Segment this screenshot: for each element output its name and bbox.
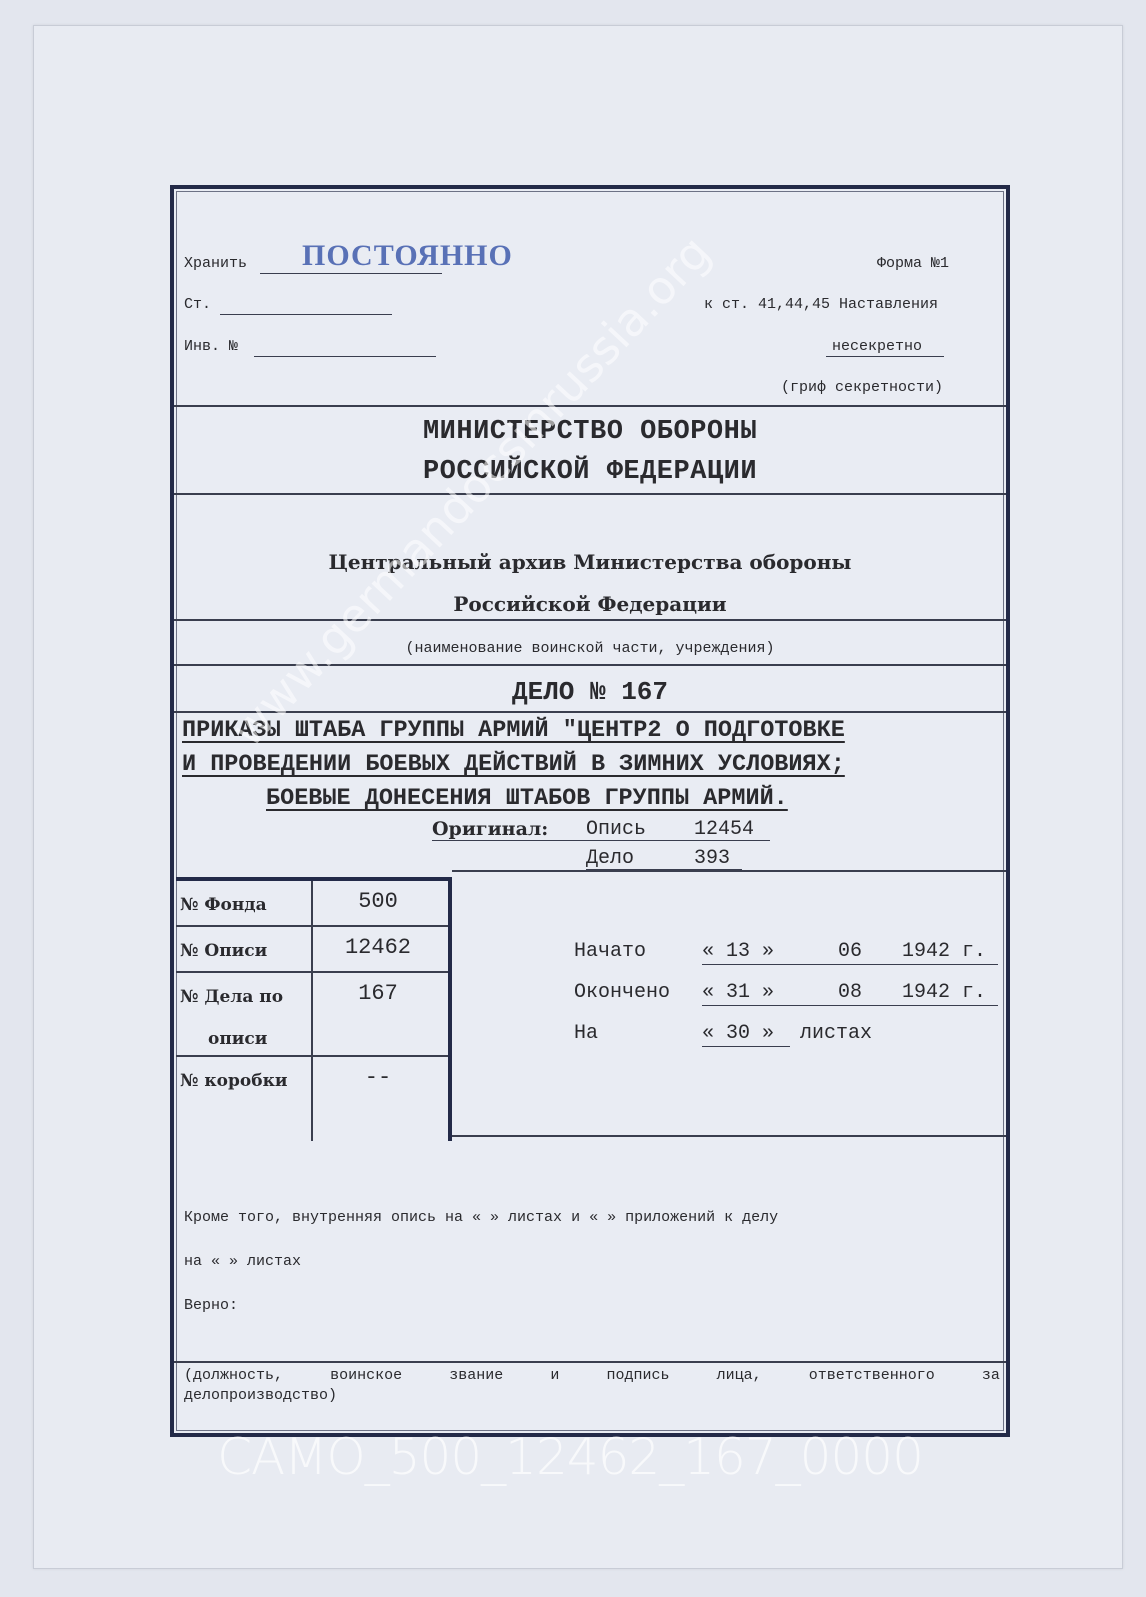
signature-caption-line-2: делопроизводство) — [184, 1387, 337, 1404]
inventory-label: Инв. № — [184, 338, 238, 355]
archive-line-1: Центральный архив Министерства обороны — [174, 550, 1006, 574]
article-label: Ст. — [184, 296, 211, 313]
keep-label: Хранить — [184, 255, 247, 272]
signature-caption-word: лица, — [717, 1367, 762, 1384]
case-number-label-2: описи — [208, 1029, 267, 1049]
case-heading: ДЕЛО № 167 — [174, 677, 1006, 707]
unit-caption: (наименование воинской части, учреждения… — [174, 640, 1006, 657]
sheets-value: « 30 » — [702, 1022, 774, 1045]
signature-caption: (должность,воинскоезваниеиподписьлица,от… — [184, 1367, 1000, 1384]
box-label: № коробки — [180, 1071, 287, 1091]
original-case-value: 393 — [694, 847, 730, 870]
sheets-suffix: листах — [800, 1022, 872, 1045]
signature-caption-word: и — [550, 1367, 559, 1384]
sheets-label: На — [574, 1022, 598, 1045]
case-title-line-2: И ПРОВЕДЕНИИ БОЕВЫХ ДЕЙСТВИЙ В ЗИМНИХ УС… — [182, 751, 845, 778]
ministry-line-2: РОССИЙСКОЙ ФЕДЕРАЦИИ — [174, 457, 1006, 487]
started-year: 1942 г. — [902, 940, 986, 963]
started-day: « 13 » — [702, 940, 774, 963]
archive-ids-table: № Фонда 500 № Описи 12462 № Дела по опис… — [176, 877, 452, 1141]
signature-caption-word: воинское — [330, 1367, 402, 1384]
keep-stamp: ПОСТОЯННО — [302, 239, 513, 273]
signature-caption-word: ответственного — [809, 1367, 935, 1384]
original-inventory-label: Опись — [586, 818, 646, 841]
addendum-line-1: Кроме того, внутренняя опись на « » лист… — [184, 1209, 778, 1226]
ministry-line-1: МИНИСТЕРСТВО ОБОРОНЫ — [174, 417, 1006, 447]
inventory-label: № Описи — [180, 941, 267, 961]
signature-caption-word: подпись — [607, 1367, 670, 1384]
case-title-line-1: ПРИКАЗЫ ШТАБА ГРУППЫ АРМИЙ "ЦЕНТР2 О ПОД… — [182, 717, 845, 744]
manual-reference: к ст. 41,44,45 Наставления — [704, 296, 938, 313]
ended-day: « 31 » — [702, 981, 774, 1004]
classification: несекретно — [832, 338, 922, 355]
original-label: Оригинал: — [432, 818, 548, 840]
original-case-label: Дело — [586, 847, 634, 870]
fond-value: 500 — [313, 889, 443, 914]
case-title-line-3: БОЕВЫЕ ДОНЕСЕНИЯ ШТАБОВ ГРУППЫ АРМИЙ. — [266, 785, 788, 812]
file-code-watermark: CAMO_500_12462_167_0000 — [210, 1428, 930, 1486]
signature-caption-word: за — [982, 1367, 1000, 1384]
original-inventory-value: 12454 — [694, 818, 754, 841]
case-number-value: 167 — [313, 981, 443, 1006]
verified-label: Верно: — [184, 1297, 238, 1314]
fond-label: № Фонда — [180, 895, 267, 915]
signature-caption-word: звание — [449, 1367, 503, 1384]
started-label: Начато — [574, 940, 646, 963]
started-month: 06 — [838, 940, 862, 963]
case-number-label: № Дела по — [180, 987, 283, 1007]
signature-caption-word: (должность, — [184, 1367, 283, 1384]
classification-caption: (гриф секретности) — [781, 379, 943, 396]
form-number: Форма №1 — [877, 255, 949, 272]
addendum-line-2: на « » листах — [184, 1253, 301, 1270]
ended-year: 1942 г. — [902, 981, 986, 1004]
inventory-value: 12462 — [313, 935, 443, 960]
case-cover-form: Хранить ПОСТОЯННО Ст. Инв. № Форма №1 к … — [170, 185, 1010, 1437]
ended-label: Окончено — [574, 981, 670, 1004]
box-value: -- — [313, 1065, 443, 1090]
ended-month: 08 — [838, 981, 862, 1004]
archive-line-2: Российской Федерации — [174, 592, 1006, 616]
